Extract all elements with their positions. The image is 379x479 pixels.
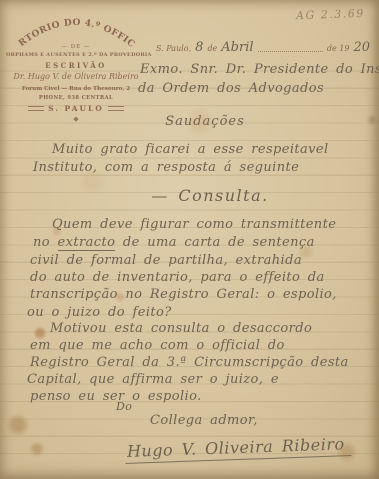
dateline-dotted-rule <box>258 50 323 52</box>
closing-do: Do <box>116 400 132 413</box>
signature: Hugo V. Oliveira Ribeiro <box>125 434 351 464</box>
dateline: S. Paulo, 8 de Abril de 19 20 <box>156 40 370 55</box>
handwritten-line: Registro Geral da 3.ª Circumscripção des… <box>30 355 349 370</box>
recipient-line-1: Exmo. Snr. Dr. Presidente do Instituto <box>140 62 379 77</box>
letterhead-officer-name: Dr. Hugo V. de Oliveira Ribeiro <box>6 72 146 81</box>
letterhead-address: Forum Civel — Rua do Thesouro, 2 <box>6 86 146 92</box>
line-fragment: de uma carta de sentença <box>123 235 315 250</box>
scanned-letter-page: CARTORIO DO 4.º OFFICIO — DE — ORPHAMS E… <box>0 0 379 479</box>
line-fragment: no <box>33 235 50 250</box>
dateline-de1-printed: de <box>207 44 217 53</box>
letterhead-phone: PHONE, 938 CENTRAL <box>6 95 146 101</box>
handwritten-line: em que me acho com o official do <box>30 338 285 353</box>
pencil-reference-number: AG 2.3.69 <box>296 7 365 22</box>
dateline-de2-printed: de 19 <box>327 44 350 53</box>
dateline-month-handwritten: Abril <box>221 40 253 55</box>
salutation: Saudações <box>130 114 280 129</box>
city-rule-right <box>108 106 124 111</box>
letterhead-city: S. PAULO <box>6 104 146 113</box>
letterhead: CARTORIO DO 4.º OFFICIO — DE — ORPHAMS E… <box>6 4 146 123</box>
handwritten-line: Quem deve figurar como transmittente <box>52 217 336 232</box>
handwritten-line: no extracto de uma carta de sentença <box>33 235 315 250</box>
letterhead-ornament: ◆ <box>6 115 146 123</box>
dateline-city-printed: S. Paulo, <box>156 44 191 53</box>
handwritten-line: Muito grato ficarei a esse respeitavel <box>52 142 329 157</box>
handwritten-line: Instituto, com a resposta á seguinte <box>33 160 299 175</box>
recipient-line-2: da Ordem dos Advogados <box>138 81 324 96</box>
handwritten-line: ou o juizo do feito? <box>27 305 172 320</box>
handwritten-line: civil de formal de partilha, extrahida <box>30 253 302 268</box>
letterhead-arc: CARTORIO DO 4.º OFFICIO <box>6 4 146 48</box>
handwritten-line: Capital, que affirma ser o juizo, e <box>27 372 279 387</box>
svg-text:CARTORIO DO 4.º OFFICIO: CARTORIO DO 4.º OFFICIO <box>6 4 137 48</box>
letterhead-role: ESCRIVÃO <box>6 61 146 70</box>
letterhead-department: ORPHAMS E AUSENTES E 2.º DA PROVEDORIA <box>6 52 146 58</box>
handwritten-line: do auto de inventario, para o effeito da <box>30 270 325 285</box>
handwritten-line: Motivou esta consulta o desaccordo <box>50 321 312 336</box>
underlined-word-extracto: extracto <box>58 235 116 251</box>
city-rule-left <box>28 106 44 111</box>
closing-collega: Collega admor, <box>150 413 258 428</box>
handwritten-line: transcripção no Registro Geral: o espoli… <box>30 287 337 302</box>
letterhead-city-label: S. PAULO <box>48 104 104 113</box>
letterhead-arc-title: CARTORIO DO 4.º OFFICIO <box>6 4 137 48</box>
dateline-day-handwritten: 8 <box>195 40 203 55</box>
consulta-heading: — Consulta. <box>120 186 300 205</box>
dateline-year-handwritten: 20 <box>353 40 370 55</box>
